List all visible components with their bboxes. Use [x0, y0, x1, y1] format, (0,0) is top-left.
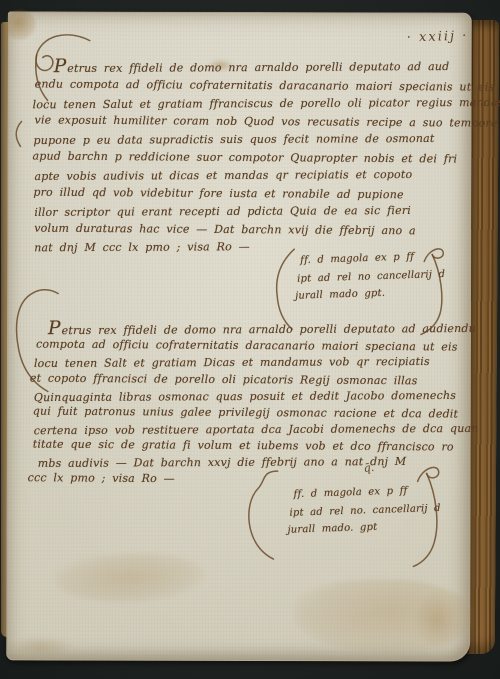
signature2-abbrev-mark: q̄. — [363, 461, 375, 475]
entry1-line: endu compota ad officiu cofraternitatis … — [35, 77, 495, 93]
entry1-line: locu tenen Salut et gratiam ffranciscus … — [33, 96, 500, 111]
signature2-line: ff. d magola ex p ff — [293, 485, 407, 501]
entry-1: Petrus rex ffideli de domo nra arnaldo p… — [9, 12, 471, 13]
signature1-line: ff. d magola ex p ff — [300, 251, 414, 267]
stain-bottom-left — [52, 548, 207, 608]
signature1-left-brace — [274, 247, 296, 331]
stain-bottom-corner — [7, 636, 73, 656]
manuscript-photo: · xxiij · Petrus rex ffideli de domo nra… — [0, 0, 500, 679]
entry1-line: pro illud qd vob videbitur fore iusta et… — [33, 186, 403, 202]
entry1-line: volum duraturas hac vice — Dat barchn xv… — [34, 222, 416, 238]
stain-right — [415, 591, 461, 649]
entry1-line: illor scriptor qui erant recepti ad pdic… — [34, 204, 411, 219]
entry1-line: nat dnj M ccc lx pmo ; visa Ro — — [34, 240, 250, 254]
entry2-line: qui fuit patronus unius galee privilegij… — [33, 405, 458, 421]
entry1-line: apud barchn p reddicione suor compotor Q… — [32, 150, 457, 166]
signature2-line: jurall mado. gpt — [287, 522, 377, 537]
stain-top-left — [7, 10, 37, 40]
signature-block-2: q̄. ff. d magola ex p ff ipt ad rel no. … — [245, 461, 441, 570]
margin-comma-mark — [11, 119, 25, 149]
entry2-line: ccc lx pmo ; visa Ro — — [28, 471, 175, 485]
stain-bottom-right — [292, 577, 472, 657]
manuscript-page: · xxiij · Petrus rex ffideli de domo nra… — [6, 11, 472, 661]
entry2-line: compota ad officiu cofraternitatis darac… — [36, 338, 458, 354]
entry2-line: et copoto ffrancisci de porello oli pica… — [30, 372, 418, 388]
entry2-line: certena ipso vob restituere aportata dca… — [34, 422, 479, 437]
signature1-line: jurall mado gpt. — [295, 288, 385, 303]
entry1-line: Petrus rex ffideli de domo nra arnaldo p… — [54, 58, 450, 75]
folio-number: · xxiij · — [407, 29, 469, 46]
signature2-right-brace — [409, 461, 441, 567]
entry2-line: Quinquaginta libras osmonac quas posuit … — [34, 389, 456, 404]
entry1-line: apte vobis audivis ut dicas et mandas qr… — [34, 168, 412, 183]
entry2-line: titate que sic de gratia fi volum et iub… — [33, 438, 454, 454]
entry1-line: vie exposuit humiliter coram nob Quod vo… — [35, 113, 498, 129]
entry-2: Petrus rex ffideli de domo nra arnaldo p… — [9, 12, 471, 13]
entry2-line: locu tenen Salt et gratiam Dicas et mand… — [34, 355, 430, 370]
signature2-left-brace — [245, 469, 279, 561]
entry1-line: pupone p eu data supradictis suis quos f… — [33, 132, 434, 147]
entry2-line: Petrus rex ffideli de domo nra arnaldo p… — [48, 320, 476, 337]
